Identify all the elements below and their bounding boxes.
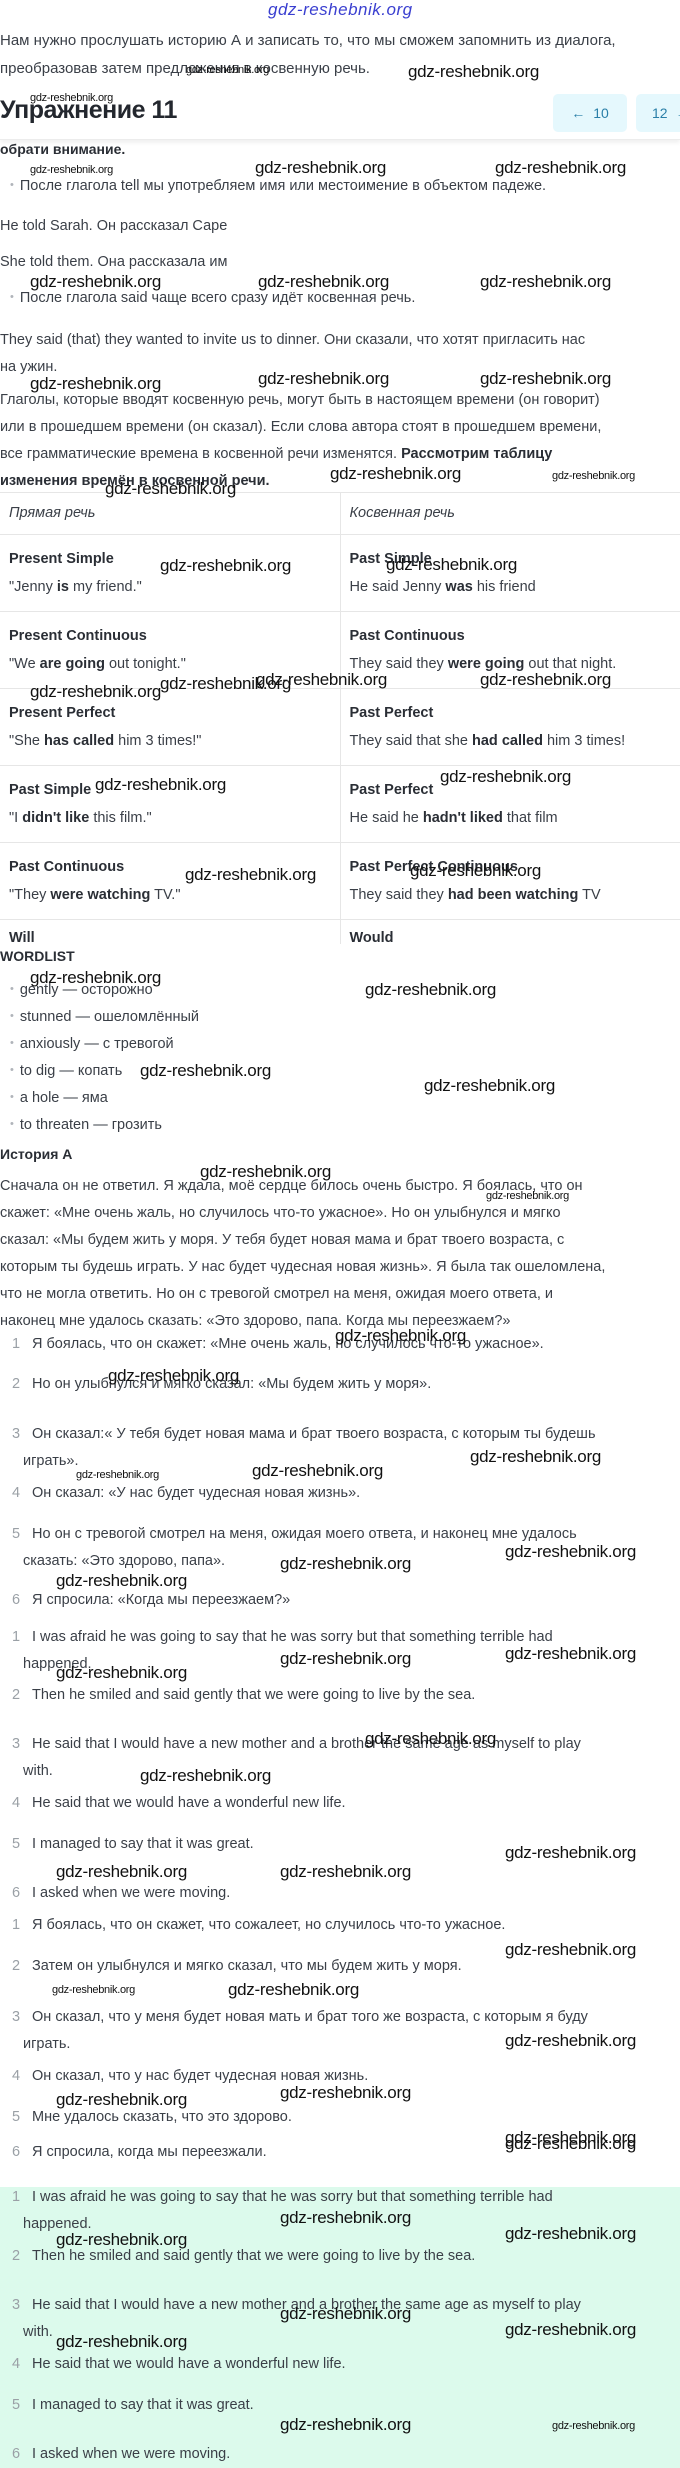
header-indirect-speech: Косвенная речь <box>340 493 680 535</box>
watermark: gdz-reshebnik.org <box>30 164 113 176</box>
example-sentence: He said Jenny was his friend <box>350 579 536 595</box>
item-text: Я боялась, что он скажет, что сожалеет, … <box>32 1917 505 1933</box>
item-number: 6 <box>12 2446 20 2462</box>
watermark: gdz-reshebnik.org <box>252 1461 383 1481</box>
example-told-sarah: He told Sarah. Он рассказал Саре <box>0 218 227 234</box>
exercise-header: Упражнение 11 ← 10 12 → <box>0 82 680 140</box>
watermark: gdz-reshebnik.org <box>495 158 626 178</box>
item-text-continued: with. <box>23 2324 53 2340</box>
watermark: gdz-reshebnik.org <box>408 62 539 82</box>
watermark: gdz-reshebnik.org <box>280 2304 411 2324</box>
story-line: сказал: «Мы будем жить у моря. У тебя бу… <box>0 1232 564 1248</box>
item-number: 1 <box>12 1336 20 1352</box>
item-number: 5 <box>12 2109 20 2125</box>
watermark: gdz-reshebnik.org <box>505 2134 636 2154</box>
note-heading: обрати внимание. <box>0 141 125 157</box>
tense-name: Present Perfect <box>9 705 331 721</box>
item-number: 3 <box>12 2009 20 2025</box>
item-text: I was afraid he was going to say that he… <box>32 2189 553 2205</box>
wordlist-item: to threaten — грозить <box>10 1117 162 1133</box>
item-number: 5 <box>12 1526 20 1542</box>
item-text-continued: играть». <box>23 1453 79 1469</box>
tense-name: Past Continuous <box>350 628 671 644</box>
example-sentence: They said that she had called him 3 time… <box>350 733 626 749</box>
story-line: скажет: «Мне очень жаль, но случилось чт… <box>0 1205 561 1221</box>
explanation-line-2: или в прошедшем времени (он сказал). Есл… <box>0 419 601 435</box>
watermark: gdz-reshebnik.org <box>108 1366 239 1386</box>
story-title: История А <box>0 1146 72 1162</box>
item-text: I asked when we were moving. <box>32 2446 230 2462</box>
table-row: Present Simple"Jenny is my friend."Past … <box>0 535 680 612</box>
wordlist-title: WORDLIST <box>0 948 75 964</box>
story-line: которым ты будешь играть. У нас будет чу… <box>0 1259 605 1275</box>
item-number: 2 <box>12 2248 20 2264</box>
item-number: 4 <box>12 1795 20 1811</box>
item-text-continued: with. <box>23 1763 53 1779</box>
example-said-line-2: на ужин. <box>0 359 57 375</box>
item-number: 6 <box>12 1885 20 1901</box>
watermark: gdz-reshebnik.org <box>228 1980 359 2000</box>
watermark: gdz-reshebnik.org <box>505 1843 636 1863</box>
watermark: gdz-reshebnik.org <box>386 555 517 575</box>
watermark: gdz-reshebnik.org <box>186 64 269 76</box>
item-text-continued: играть. <box>23 2036 70 2052</box>
wordlist-item: anxiously — с тревогой <box>10 1036 174 1052</box>
item-text: I managed to say that it was great. <box>32 2397 254 2413</box>
watermark: gdz-reshebnik.org <box>30 682 161 702</box>
watermark: gdz-reshebnik.org <box>470 1447 601 1467</box>
watermark: gdz-reshebnik.org <box>200 1162 331 1182</box>
watermark: gdz-reshebnik.org <box>335 1326 466 1346</box>
watermark: gdz-reshebnik.org <box>258 272 389 292</box>
watermark: gdz-reshebnik.org <box>480 369 611 389</box>
example-sentence: "I didn't like this film." <box>9 810 152 826</box>
watermark: gdz-reshebnik.org <box>424 1076 555 1096</box>
watermark: gdz-reshebnik.org <box>330 464 461 484</box>
example-sentence: "Jenny is my friend." <box>9 579 142 595</box>
item-text: Он сказал: «У нас будет чудесная новая ж… <box>32 1485 360 1501</box>
wordlist-item: to dig — копать <box>10 1063 122 1079</box>
tense-name: Present Continuous <box>9 628 331 644</box>
example-told-them: She told them. Она рассказала им <box>0 254 227 270</box>
watermark: gdz-reshebnik.org <box>505 1940 636 1960</box>
watermark: gdz-reshebnik.org <box>505 1644 636 1664</box>
table-row: Past Continuous"They were watching TV."P… <box>0 843 680 920</box>
example-sentence: "She has called him 3 times!" <box>9 733 201 749</box>
watermark: gdz-reshebnik.org <box>185 865 316 885</box>
watermark: gdz-reshebnik.org <box>365 1729 496 1749</box>
next-exercise-button[interactable]: 12 → <box>636 94 680 132</box>
item-text: I was afraid he was going to say that he… <box>32 1629 553 1645</box>
explanation-line-3: все грамматические времена в косвенной р… <box>0 446 552 462</box>
note-bullet-1: После глагола tell мы употребляем имя ил… <box>10 178 546 194</box>
item-text: Я спросила: «Когда мы переезжаем?» <box>32 1592 290 1608</box>
watermark: gdz-reshebnik.org <box>280 1554 411 1574</box>
example-sentence: They said they had been watching TV <box>350 887 601 903</box>
watermark: gdz-reshebnik.org <box>30 272 161 292</box>
watermark: gdz-reshebnik.org <box>552 470 635 482</box>
watermark: gdz-reshebnik.org <box>140 1061 271 1081</box>
item-number: 6 <box>12 1592 20 1608</box>
watermark: gdz-reshebnik.org <box>105 479 236 499</box>
indirect-would: Would <box>340 920 680 945</box>
watermark: gdz-reshebnik.org <box>30 92 113 104</box>
example-sentence: He said he hadn't liked that film <box>350 810 558 826</box>
item-text: Мне удалось сказать, что это здорово. <box>32 2109 292 2125</box>
prev-exercise-label: 10 <box>593 105 609 121</box>
example-said-line-1: They said (that) they wanted to invite u… <box>0 332 585 348</box>
watermark: gdz-reshebnik.org <box>258 369 389 389</box>
item-number: 1 <box>12 1629 20 1645</box>
watermark: gdz-reshebnik.org <box>140 1766 271 1786</box>
watermark: gdz-reshebnik.org <box>30 968 161 988</box>
watermark: gdz-reshebnik.org <box>280 1649 411 1669</box>
item-number: 6 <box>12 2144 20 2160</box>
item-text: Он сказал, что у меня будет новая мать и… <box>32 2009 588 2025</box>
watermark: gdz-reshebnik.org <box>280 2083 411 2103</box>
watermark: gdz-reshebnik.org <box>52 1984 135 1996</box>
note-bullet-2: После глагола said чаще всего сразу идёт… <box>10 290 415 306</box>
watermark: gdz-reshebnik.org <box>256 670 387 690</box>
arrow-left-icon: ← <box>571 105 585 121</box>
item-number: 5 <box>12 2397 20 2413</box>
watermark: gdz-reshebnik.org <box>365 980 496 1000</box>
watermark: gdz-reshebnik.org <box>56 1571 187 1591</box>
item-number: 4 <box>12 2356 20 2372</box>
watermark: gdz-reshebnik.org <box>480 670 611 690</box>
watermark: gdz-reshebnik.org <box>255 158 386 178</box>
explanation-text: все грамматические времена в косвенной р… <box>0 446 401 462</box>
tense-name: Past Perfect <box>350 705 671 721</box>
item-number: 2 <box>12 1376 20 1392</box>
watermark: gdz-reshebnik.org <box>30 374 161 394</box>
item-number: 1 <box>12 2189 20 2205</box>
item-number: 3 <box>12 1736 20 1752</box>
item-text: Я спросила, когда мы переезжали. <box>32 2144 267 2160</box>
item-text: Он сказал, что у нас будет чудесная нова… <box>32 2068 368 2084</box>
watermark: gdz-reshebnik.org <box>56 1862 187 1882</box>
item-number: 3 <box>12 2297 20 2313</box>
item-number: 2 <box>12 1958 20 1974</box>
item-text: I managed to say that it was great. <box>32 1836 254 1852</box>
item-number: 5 <box>12 1836 20 1852</box>
item-text: I asked when we were moving. <box>32 1885 230 1901</box>
item-text: Then he smiled and said gently that we w… <box>32 2248 475 2264</box>
item-number: 4 <box>12 1485 20 1501</box>
watermark: gdz-reshebnik.org <box>280 2415 411 2435</box>
watermark: gdz-reshebnik.org <box>280 1862 411 1882</box>
example-sentence: "We are going out tonight." <box>9 656 186 672</box>
next-exercise-label: 12 <box>652 105 668 121</box>
item-text: He said that I would have a new mother a… <box>32 1736 581 1752</box>
item-number: 3 <box>12 1426 20 1442</box>
watermark: gdz-reshebnik.org <box>280 2208 411 2228</box>
item-text: Then he smiled and said gently that we w… <box>32 1687 475 1703</box>
item-text: Он сказал:« У тебя будет новая мама и бр… <box>32 1426 596 1442</box>
intro-line-2: преобразовав затем предложения в косвенн… <box>0 52 370 85</box>
watermark: gdz-reshebnik.org <box>56 2332 187 2352</box>
item-text: He said that we would have a wonderful n… <box>32 2356 346 2372</box>
explanation-bold-text: Рассмотрим таблицу <box>401 446 552 462</box>
watermark: gdz-reshebnik.org <box>505 1542 636 1562</box>
watermark: gdz-reshebnik.org <box>56 1663 187 1683</box>
explanation-line-1: Глаголы, которые вводят косвенную речь, … <box>0 392 600 408</box>
tense-table: Прямая речь Косвенная речь Present Simpl… <box>0 492 680 944</box>
watermark: gdz-reshebnik.org <box>440 767 571 787</box>
item-text-continued: сказать: «Это здорово, папа». <box>23 1553 225 1569</box>
item-number: 4 <box>12 2068 20 2084</box>
table-header-row: Прямая речь Косвенная речь <box>0 493 680 535</box>
indirect-speech-cell: Past PerfectThey said that she had calle… <box>340 689 680 766</box>
watermark: gdz-reshebnik.org <box>552 2420 635 2432</box>
watermark: gdz-reshebnik.org <box>486 1190 569 1202</box>
item-text: He said that we would have a wonderful n… <box>32 1795 346 1811</box>
watermark: gdz-reshebnik.org <box>480 272 611 292</box>
story-line: что не могла ответить. Но он с тревогой … <box>0 1286 553 1302</box>
watermark: gdz-reshebnik.org <box>56 2230 187 2250</box>
item-text: Затем он улыбнулся и мягко сказал, что м… <box>32 1958 462 1974</box>
wordlist-item: a hole — яма <box>10 1090 108 1106</box>
watermark: gdz-reshebnik.org <box>95 775 226 795</box>
indirect-speech-cell: Past Perfect ContinuousThey said they ha… <box>340 843 680 920</box>
watermark: gdz-reshebnik.org <box>410 861 541 881</box>
example-sentence: "They were watching TV." <box>9 887 180 903</box>
table-row-will: Will Would <box>0 920 680 945</box>
watermark: gdz-reshebnik.org <box>160 556 291 576</box>
item-text: Я боялась, что он скажет: «Мне очень жал… <box>32 1336 544 1352</box>
watermark: gdz-reshebnik.org <box>56 2090 187 2110</box>
watermark: gdz-reshebnik.org <box>505 2031 636 2051</box>
item-number: 2 <box>12 1687 20 1703</box>
watermark: gdz-reshebnik.org <box>76 1469 159 1481</box>
arrow-right-icon: → <box>676 105 680 121</box>
watermark: gdz-reshebnik.org <box>505 2224 636 2244</box>
item-number: 1 <box>12 1917 20 1933</box>
direct-will: Will <box>0 920 340 945</box>
watermark: gdz-reshebnik.org <box>505 2320 636 2340</box>
prev-exercise-button[interactable]: ← 10 <box>553 94 627 132</box>
wordlist-item: stunned — ошеломлённый <box>10 1009 199 1025</box>
site-watermark-top: gdz-reshebnik.org <box>268 0 413 20</box>
item-text: Но он с тревогой смотрел на меня, ожидая… <box>32 1526 577 1542</box>
tense-table-container: Прямая речь Косвенная речь Present Simpl… <box>0 492 680 944</box>
